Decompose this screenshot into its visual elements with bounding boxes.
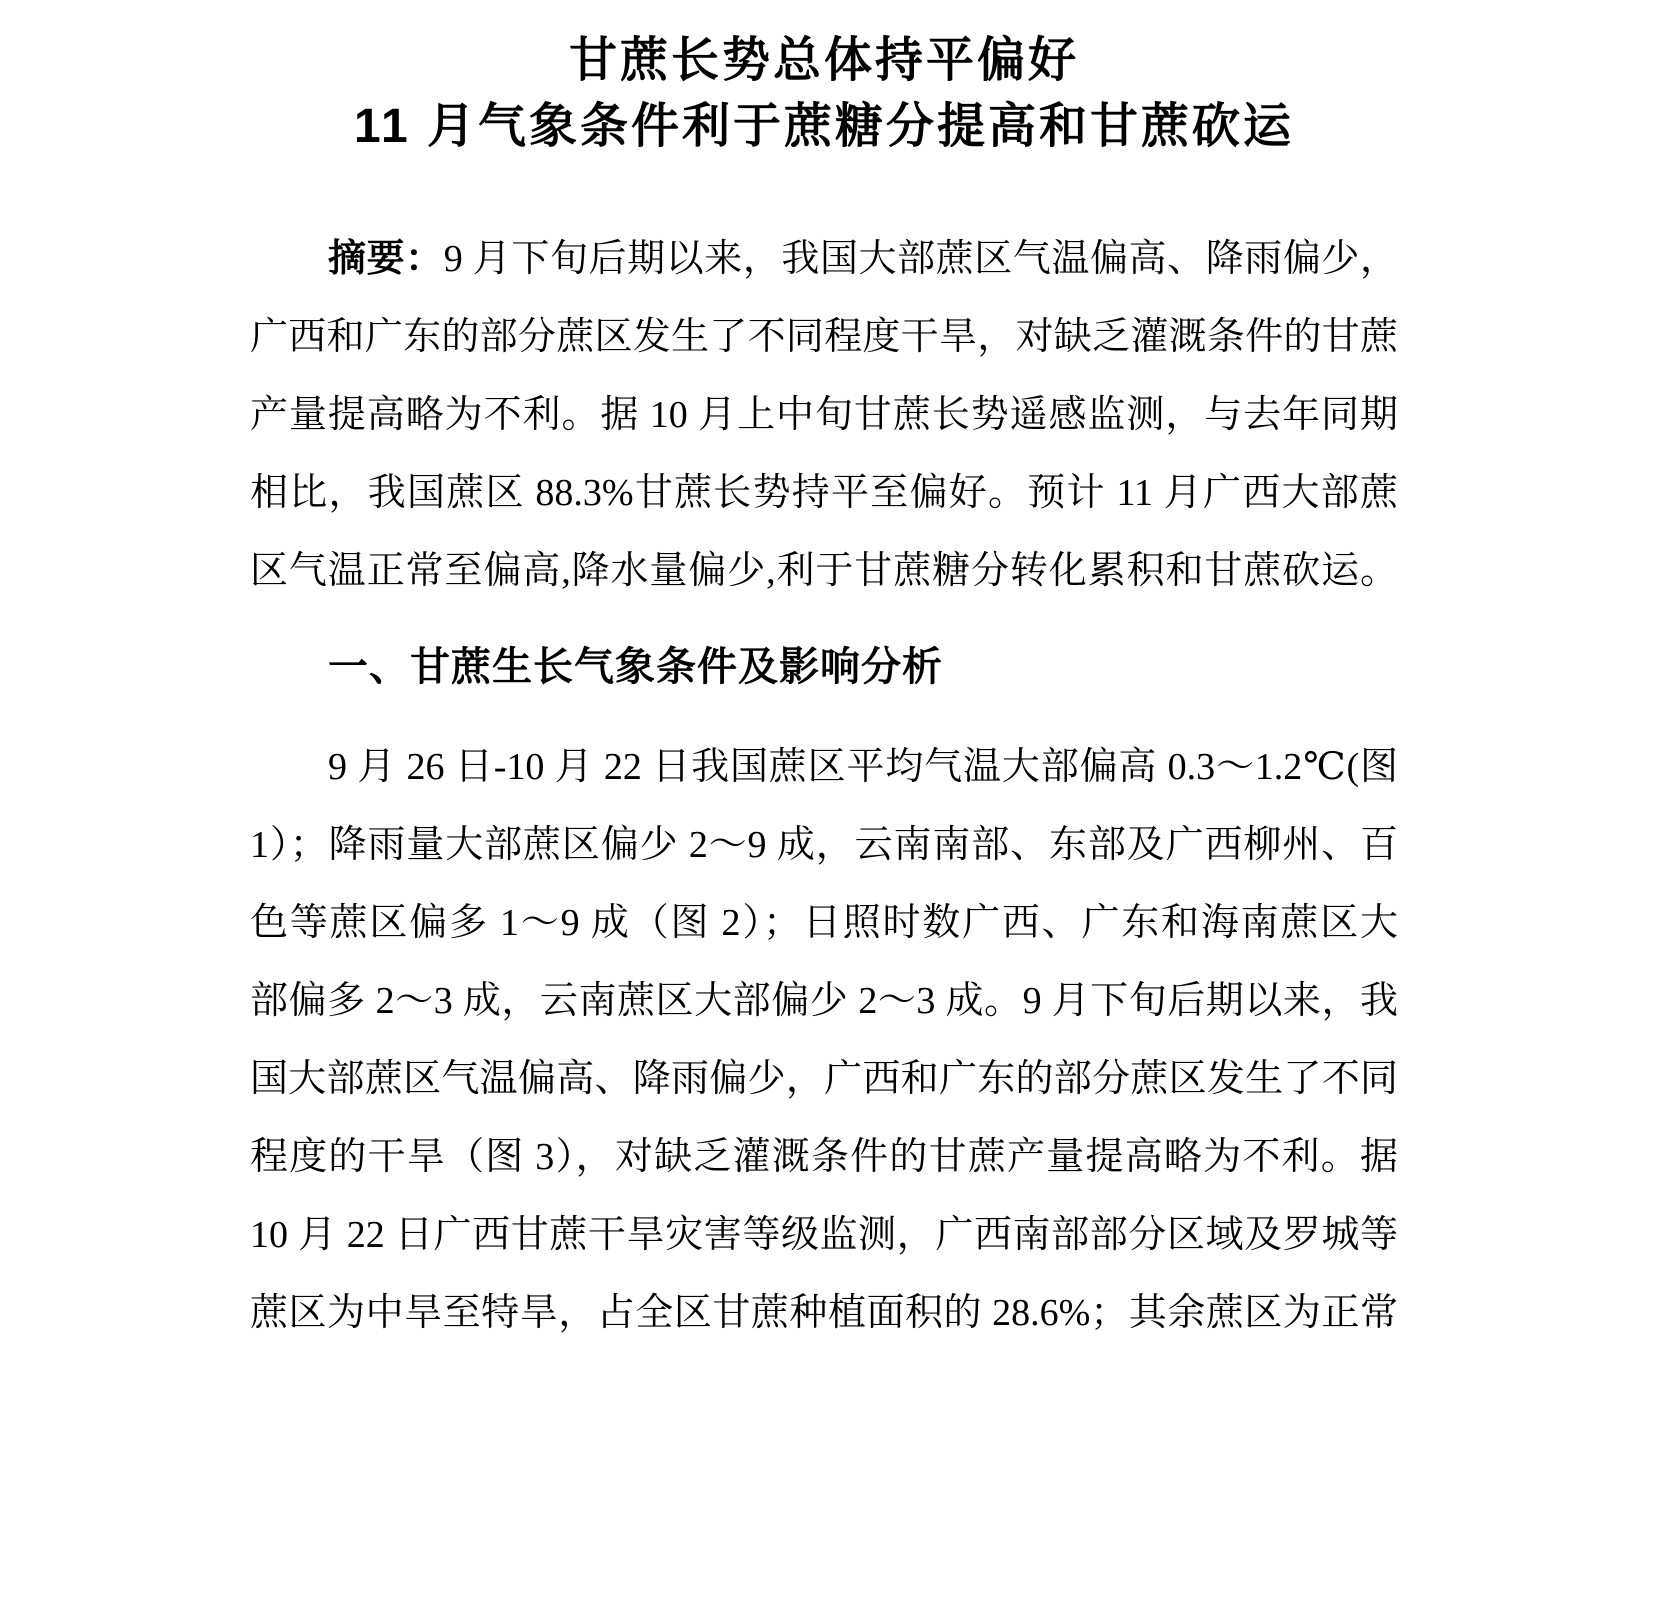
- text-line: 部偏多 2～3 成，云南蔗区大部偏少 2～3 成。9 月下旬后期以来，我: [250, 962, 1398, 1040]
- text-line: 甘蔗长势总体持平偏好: [250, 28, 1398, 94]
- body-paragraph: 9 月 26 日-10 月 22 日我国蔗区平均气温大部偏高 0.3～1.2℃(…: [250, 728, 1398, 1352]
- abstract-label: 摘要：: [328, 238, 444, 280]
- text-line: 1）；降雨量大部蔗区偏少 2～9 成，云南南部、东部及广西柳州、百: [250, 806, 1398, 884]
- text-line: 区气温正常至偏高,降水量偏少,利于甘蔗糖分转化累积和甘蔗砍运。: [250, 532, 1398, 610]
- text-line: 9 月 26 日-10 月 22 日我国蔗区平均气温大部偏高 0.3～1.2℃(…: [250, 728, 1398, 806]
- text-line: 蔗区为中旱至特旱，占全区甘蔗种植面积的 28.6%；其余蔗区为正常: [250, 1274, 1398, 1352]
- text-line: 广西和广东的部分蔗区发生了不同程度干旱，对缺乏灌溉条件的甘蔗: [250, 298, 1398, 376]
- text-line: 色等蔗区偏多 1～9 成（图 2）；日照时数广西、广东和海南蔗区大: [250, 884, 1398, 962]
- text-line: 11 月气象条件利于蔗糖分提高和甘蔗砍运: [250, 94, 1398, 160]
- text-line: 国大部蔗区气温偏高、降雨偏少，广西和广东的部分蔗区发生了不同: [250, 1040, 1398, 1118]
- section-heading: 一、甘蔗生长气象条件及影响分析: [250, 636, 1398, 698]
- text-line: 程度的干旱（图 3），对缺乏灌溉条件的甘蔗产量提高略为不利。据: [250, 1118, 1398, 1196]
- text-line: 相比，我国蔗区 88.3%甘蔗长势持平至偏好。预计 11 月广西大部蔗: [250, 454, 1398, 532]
- abstract-paragraph: 摘要：9 月下旬后期以来，我国大部蔗区气温偏高、降雨偏少，广西和广东的部分蔗区发…: [250, 220, 1398, 610]
- text-line: 10 月 22 日广西甘蔗干旱灾害等级监测，广西南部部分区域及罗城等: [250, 1196, 1398, 1274]
- text-line: 摘要：9 月下旬后期以来，我国大部蔗区气温偏高、降雨偏少，: [250, 220, 1398, 298]
- text-line: 产量提高略为不利。据 10 月上中旬甘蔗长势遥感监测，与去年同期: [250, 376, 1398, 454]
- document-page: 甘蔗长势总体持平偏好11 月气象条件利于蔗糖分提高和甘蔗砍运 摘要：9 月下旬后…: [0, 0, 1654, 1614]
- doc-title: 甘蔗长势总体持平偏好11 月气象条件利于蔗糖分提高和甘蔗砍运: [250, 28, 1398, 160]
